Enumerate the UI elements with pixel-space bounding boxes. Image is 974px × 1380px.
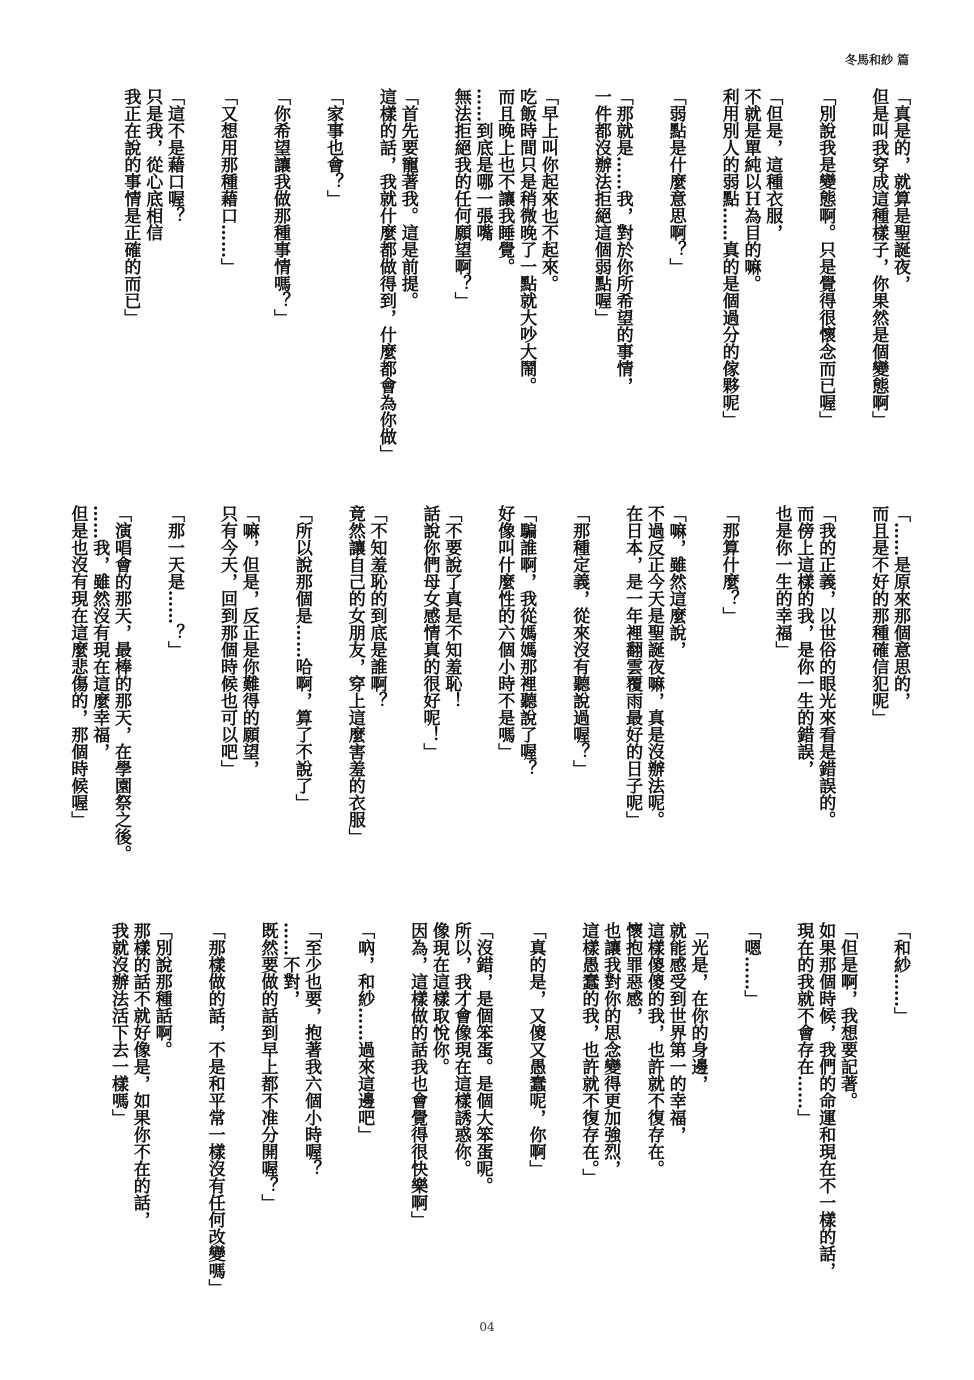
dialogue-line: 「那種定義，從來沒有聽說過喔？」 (567, 505, 589, 905)
dialogue-block: 「……是原來那個意思的， 而且是不好的那種確信犯呢」 (866, 505, 910, 905)
dialogue-line: 「你希望讓我做那種事情嗎？」 (268, 88, 290, 488)
dialogue-line: 「沒錯，是個笨蛋。是個大笨蛋呢。 (471, 922, 493, 1322)
dialogue-block: 「不知羞恥的到底是誰啊？ 竟然讓自己的女朋友，穿上這麼害羞的衣服」 (343, 505, 387, 905)
dialogue-block: 「又想用那種藉口……」 (215, 88, 237, 488)
page-number: 04 (0, 1319, 974, 1335)
dialogue-block: 「你希望讓我做那種事情嗎？」 (268, 88, 290, 488)
dialogue-line: 「別說我是變態啊。只是覺得很懷念而已喔」 (813, 88, 835, 488)
dialogue-line: 因為，這樣做的話我也會覺得很快樂啊」 (405, 922, 427, 1322)
dialogue-line: 這樣傻傻的我，也許就不復存在。 (642, 922, 664, 1322)
dialogue-line: 一件都沒辦法拒絕這個弱點喔」 (589, 88, 611, 488)
dialogue-block: 「演唱會的那天，最棒的那天，在學園祭之後。 ……我，雖然沒有現在這麼幸福， 但是… (66, 505, 131, 905)
dialogue-block: 「真的是，又傻又愚蠢呢，你啊」 (524, 922, 546, 1322)
dialogue-line: 「和紗……」 (888, 922, 910, 1322)
dialogue-block: 「吶，和紗……過來這邊吧」 (352, 922, 374, 1322)
dialogue-block: 「騙誰啊，我從媽媽那裡聽說了喔？ 好像叫什麼性的六個小時不是嗎」 (493, 505, 537, 905)
dialogue-line: 而傍上這樣的我，是你一生的錯誤， (792, 505, 814, 905)
dialogue-block: 「嗯……」 (739, 922, 761, 1322)
dialogue-block: 「我的正義，以世俗的眼光來看是錯誤的。 而傍上這樣的我，是你一生的錯誤， 也是你… (770, 505, 835, 905)
dialogue-line: 只是我，從心底相信 (140, 88, 162, 488)
dialogue-block: 「那種定義，從來沒有聽說過喔？」 (567, 505, 589, 905)
dialogue-line: 不就是單純以Ｈ為目的嘛。 (739, 88, 761, 488)
dialogue-line: 「嗯……」 (739, 922, 761, 1322)
dialogue-block: 「嘛，雖然這麼說， 不過反正今天是聖誕夜嘛，真是沒辦法呢。 在日本，是一年裡翻雲… (620, 505, 685, 905)
dialogue-line: 我就沒辦法活下去一樣嗎」 (106, 922, 128, 1322)
chapter-header: 冬馬和紗 篇 (845, 52, 909, 68)
dialogue-line: 「那就是……我，對於你所希望的事情， (611, 88, 633, 488)
dialogue-line: 就能感受到世界第一的幸福， (664, 922, 686, 1322)
dialogue-line: 無法拒絕我的任何願望啊？」 (449, 88, 471, 488)
dialogue-line: 「不要說了真是不知羞恥！ (440, 505, 462, 905)
dialogue-block: 「那算什麼？」 (717, 505, 739, 905)
dialogue-block: 「不要說了真是不知羞恥！ 話說你們母女感情真的很好呢！」 (418, 505, 462, 905)
dialogue-line: 「吶，和紗……過來這邊吧」 (352, 922, 374, 1322)
dialogue-line: 只有今天，回到那個時候也可以吧」 (215, 505, 237, 905)
dialogue-line: 利用別人的弱點……真的是個過分的傢夥呢」 (717, 88, 739, 488)
dialogue-line: 「早上叫你起來也不起來。 (536, 88, 558, 488)
dialogue-band-top: 「真是的，就算是聖誕夜， 但是叫我穿成這種樣子，你果然是個變態啊」 「別說我是變… (119, 88, 910, 488)
dialogue-line: ……不對， (278, 922, 300, 1322)
dialogue-block: 「首先要寵著我。這是前提。 這樣的話，我就什麼都做得到，什麼都會為你做」 (374, 88, 418, 488)
dialogue-line: 現在的我就不會存在……」 (792, 922, 814, 1322)
dialogue-block: 「別說那種話啊。 那樣的話不就好像是，如果你不在的話， 我就沒辦法活下去一樣嗎」 (106, 922, 171, 1322)
dialogue-block: 「弱點是什麼意思啊？」 (664, 88, 686, 488)
dialogue-line: 「至少也要，抱著我六個小時喔？ (299, 922, 321, 1322)
dialogue-line: 「那一天是……？」 (162, 505, 184, 905)
dialogue-line: 竟然讓自己的女朋友，穿上這麼害羞的衣服」 (343, 505, 365, 905)
dialogue-line: 如果那個時候，我們的命運和現在不一樣的話， (813, 922, 835, 1322)
dialogue-line: 這樣愚蠢的我，也許就不復存在。」 (577, 922, 599, 1322)
dialogue-block: 「所以說那個是……哈啊，算了不說了」 (290, 505, 312, 905)
dialogue-block: 「早上叫你起來也不起來。 吃飯時間只是稍微晚了一點就大吵大鬧。 而且晚上也不讓我… (449, 88, 558, 488)
dialogue-line: 懷抱罪惡感， (620, 922, 642, 1322)
dialogue-line: 像現在這樣取悅你。 (427, 922, 449, 1322)
dialogue-line: 這樣的話，我就什麼都做得到，什麼都會為你做」 (374, 88, 396, 488)
dialogue-block: 「那樣做的話，不是和平常一樣沒有任何改變嗎」 (203, 922, 225, 1322)
dialogue-line: 「……是原來那個意思的， (888, 505, 910, 905)
dialogue-line: 「但是啊，我想要記著。 (835, 922, 857, 1322)
dialogue-line: 既然要做的話到早上都不准分開喔？」 (256, 922, 278, 1322)
dialogue-line: 「別說那種話啊。 (150, 922, 172, 1322)
dialogue-line: 「騙誰啊，我從媽媽那裡聽說了喔？ (514, 505, 536, 905)
dialogue-line: 「嘛，但是，反正是你難得的願望， (237, 505, 259, 905)
dialogue-line: 但是也沒有現在這麼悲傷的，那個時候喔」 (66, 505, 88, 905)
dialogue-line: 而且晚上也不讓我睡覺。 (493, 88, 515, 488)
dialogue-block: 「那一天是……？」 (162, 505, 184, 905)
dialogue-block: 「至少也要，抱著我六個小時喔？ ……不對， 既然要做的話到早上都不准分開喔？」 (256, 922, 321, 1322)
dialogue-line: 「演唱會的那天，最棒的那天，在學園祭之後。 (109, 505, 131, 905)
dialogue-block: 「沒錯，是個笨蛋。是個大笨蛋呢。 所以，我才會像現在這樣誘惑你。 像現在這樣取悅… (405, 922, 492, 1322)
dialogue-block: 「嘛，但是，反正是你難得的願望， 只有今天，回到那個時候也可以吧」 (215, 505, 259, 905)
dialogue-line: 「但是，這種衣服， (760, 88, 782, 488)
dialogue-block: 「家事也會？」 (321, 88, 343, 488)
dialogue-line: 也是你一生的幸福」 (770, 505, 792, 905)
dialogue-block: 「但是，這種衣服， 不就是單純以Ｈ為目的嘛。 利用別人的弱點……真的是個過分的傢… (717, 88, 782, 488)
dialogue-block: 「那就是……我，對於你所希望的事情， 一件都沒辦法拒絕這個弱點喔」 (589, 88, 633, 488)
dialogue-line: ……我，雖然沒有現在這麼幸福， (87, 505, 109, 905)
dialogue-line: 話說你們母女感情真的很好呢！」 (418, 505, 440, 905)
dialogue-line: 也讓我對你的思念變得更加強烈， (598, 922, 620, 1322)
dialogue-block: 「真是的，就算是聖誕夜， 但是叫我穿成這種樣子，你果然是個變態啊」 (866, 88, 910, 488)
dialogue-line: 不過反正今天是聖誕夜嘛，真是沒辦法呢。 (642, 505, 664, 905)
dialogue-line: 「我的正義，以世俗的眼光來看是錯誤的。 (813, 505, 835, 905)
dialogue-line: 吃飯時間只是稍微晚了一點就大吵大鬧。 (514, 88, 536, 488)
dialogue-band-bottom: 「和紗……」 「但是啊，我想要記著。 如果那個時候，我們的命運和現在不一樣的話，… (106, 922, 910, 1322)
dialogue-line: 「首先要寵著我。這是前提。 (396, 88, 418, 488)
dialogue-block: 「別說我是變態啊。只是覺得很懷念而已喔」 (813, 88, 835, 488)
dialogue-band-middle: 「……是原來那個意思的， 而且是不好的那種確信犯呢」 「我的正義，以世俗的眼光來… (66, 505, 910, 905)
dialogue-line: 那樣的話不就好像是，如果你不在的話， (128, 922, 150, 1322)
dialogue-line: 在日本，是一年裡翻雲覆雨最好的日子呢」 (620, 505, 642, 905)
dialogue-line: 「嘛，雖然這麼說， (664, 505, 686, 905)
dialogue-block: 「這不是藉口喔？ 只是我，從心底相信 我正在說的事情是正確的而已」 (119, 88, 184, 488)
dialogue-line: 「這不是藉口喔？ (162, 88, 184, 488)
dialogue-line: 「弱點是什麼意思啊？」 (664, 88, 686, 488)
dialogue-line: 好像叫什麼性的六個小時不是嗎」 (493, 505, 515, 905)
dialogue-line: 我正在說的事情是正確的而已」 (119, 88, 141, 488)
dialogue-line: 「真是的，就算是聖誕夜， (888, 88, 910, 488)
dialogue-block: 「光是，在你的身邊， 就能感受到世界第一的幸福， 這樣傻傻的我，也許就不復存在。… (577, 922, 708, 1322)
dialogue-line: 而且是不好的那種確信犯呢」 (866, 505, 888, 905)
dialogue-line: 「不知羞恥的到底是誰啊？ (365, 505, 387, 905)
dialogue-block: 「但是啊，我想要記著。 如果那個時候，我們的命運和現在不一樣的話， 現在的我就不… (792, 922, 857, 1322)
dialogue-line: 「真的是，又傻又愚蠢呢，你啊」 (524, 922, 546, 1322)
dialogue-line: 「那算什麼？」 (717, 505, 739, 905)
dialogue-line: 所以，我才會像現在這樣誘惑你。 (449, 922, 471, 1322)
dialogue-line: 「光是，在你的身邊， (686, 922, 708, 1322)
dialogue-line: ……到底是哪一張嘴 (471, 88, 493, 488)
dialogue-line: 「所以說那個是……哈啊，算了不說了」 (290, 505, 312, 905)
dialogue-line: 「又想用那種藉口……」 (215, 88, 237, 488)
dialogue-line: 「家事也會？」 (321, 88, 343, 488)
dialogue-line: 但是叫我穿成這種樣子，你果然是個變態啊」 (866, 88, 888, 488)
dialogue-block: 「和紗……」 (888, 922, 910, 1322)
dialogue-line: 「那樣做的話，不是和平常一樣沒有任何改變嗎」 (203, 922, 225, 1322)
